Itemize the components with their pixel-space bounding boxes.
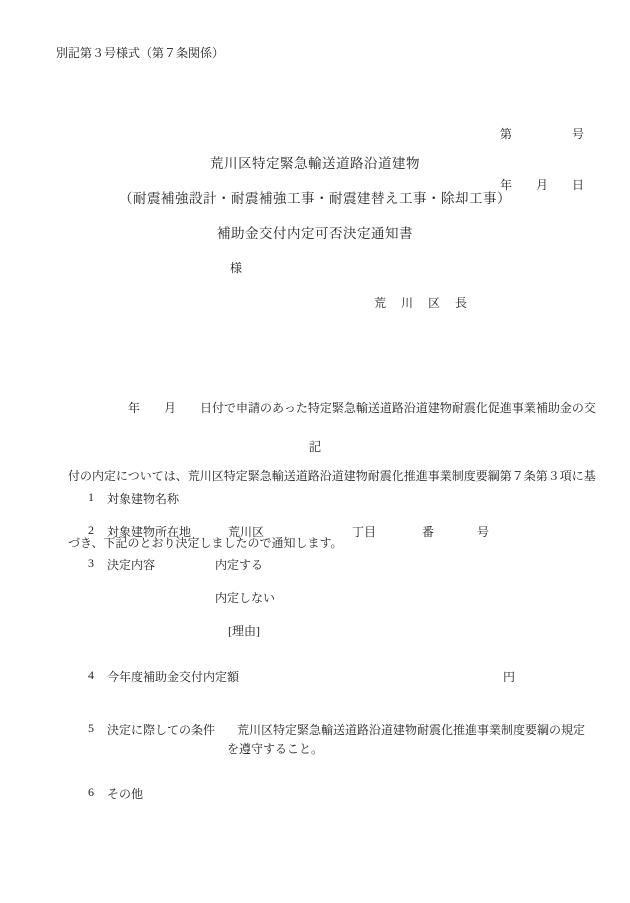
item-number: 2 <box>88 523 94 538</box>
item-number: 6 <box>88 785 94 800</box>
sender-name: 荒 川 区 長 <box>374 294 469 311</box>
decision-option-reject: 内定しない <box>215 589 275 606</box>
item-label-building-name: 対象建物名称 <box>107 490 179 507</box>
document-page: 別記第３号様式（第７条関係） 第 号 年 月 日 荒川区特定緊急輸送道路沿道建物… <box>0 0 630 903</box>
item-label-subsidy-amount: 今年度補助金交付内定額 <box>107 668 239 685</box>
document-title-line-1: 荒川区特定緊急輸送道路沿道建物 <box>0 152 630 172</box>
item-label-other: その他 <box>107 785 143 802</box>
addressee-honorific: 様 <box>230 259 242 276</box>
form-id: 別記第３号様式（第７条関係） <box>56 44 224 61</box>
item-number: 4 <box>88 668 94 683</box>
document-title-line-3: 補助金交付内定可否決定通知書 <box>0 222 630 242</box>
doc-number-line: 第 号 <box>500 126 584 143</box>
condition-text-line: を遵守すること。 <box>227 740 323 757</box>
location-ban-label: 番 <box>422 523 434 540</box>
decision-option-accept: 内定する <box>215 556 263 573</box>
item-number: 1 <box>88 490 94 505</box>
document-title-line-2: （耐震補強設計・耐震補強工事・耐震建替え工事・除却工事） <box>0 187 630 207</box>
body-paragraph-line: 年 月 日付で申請のあった特定緊急輸送道路沿道建物耐震化促進事業補助金の交 <box>68 397 596 420</box>
location-chome-label: 丁目 <box>352 523 376 540</box>
item-label-decision-conditions: 決定に際しての条件 <box>107 721 215 738</box>
location-go-label: 号 <box>477 523 489 540</box>
record-marker: 記 <box>0 437 630 455</box>
decision-reason-label: [理由] <box>228 622 260 639</box>
item-number: 3 <box>88 556 94 571</box>
item-number: 5 <box>88 721 94 736</box>
location-ward: 荒川区 <box>228 523 264 540</box>
condition-text-line: 荒川区特定緊急輸送道路沿道建物耐震化推進事業制度要綱の規定 <box>237 721 585 738</box>
currency-unit-label: 円 <box>503 668 515 685</box>
item-label-decision-content: 決定内容 <box>107 556 155 573</box>
body-paragraph-line: 付の内定については、荒川区特定緊急輸送道路沿道建物耐震化推進事業制度要綱第７条第… <box>68 465 596 488</box>
item-label-building-location: 対象建物所在地 <box>107 523 191 540</box>
